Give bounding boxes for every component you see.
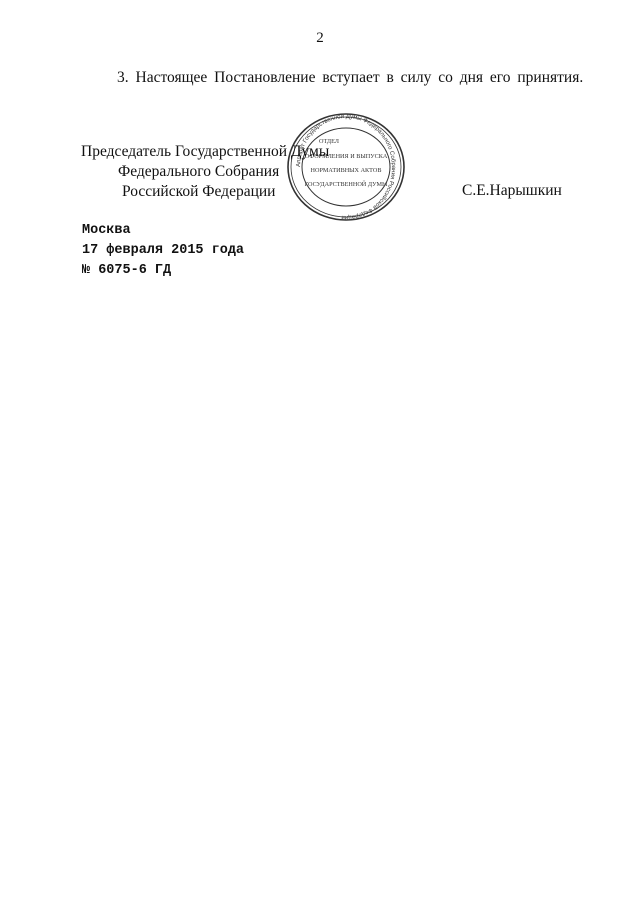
document-date: 17 февраля 2015 года xyxy=(82,243,244,258)
signer-title-line: Председатель Государственной Думы xyxy=(81,143,329,161)
signer-name: С.Е.Нарышкин xyxy=(462,182,562,200)
signer-title-line: Российской Федерации xyxy=(122,183,275,201)
official-stamp-icon: Аппарат Государственной Думы Федеральног… xyxy=(273,112,419,222)
document-city: Москва xyxy=(82,223,131,238)
page-number: 2 xyxy=(0,30,640,47)
signer-title-line: Федерального Собрания xyxy=(118,163,279,181)
stamp-inner-line: НОРМАТИВНЫХ АКТОВ xyxy=(311,167,382,174)
document-number: № 6075-6 ГД xyxy=(82,263,171,278)
clause-text: 3. Настоящее Постановление вступает в си… xyxy=(117,69,583,87)
stamp-inner-line: ГОСУДАРСТВЕННОЙ ДУМЫ xyxy=(305,180,388,188)
